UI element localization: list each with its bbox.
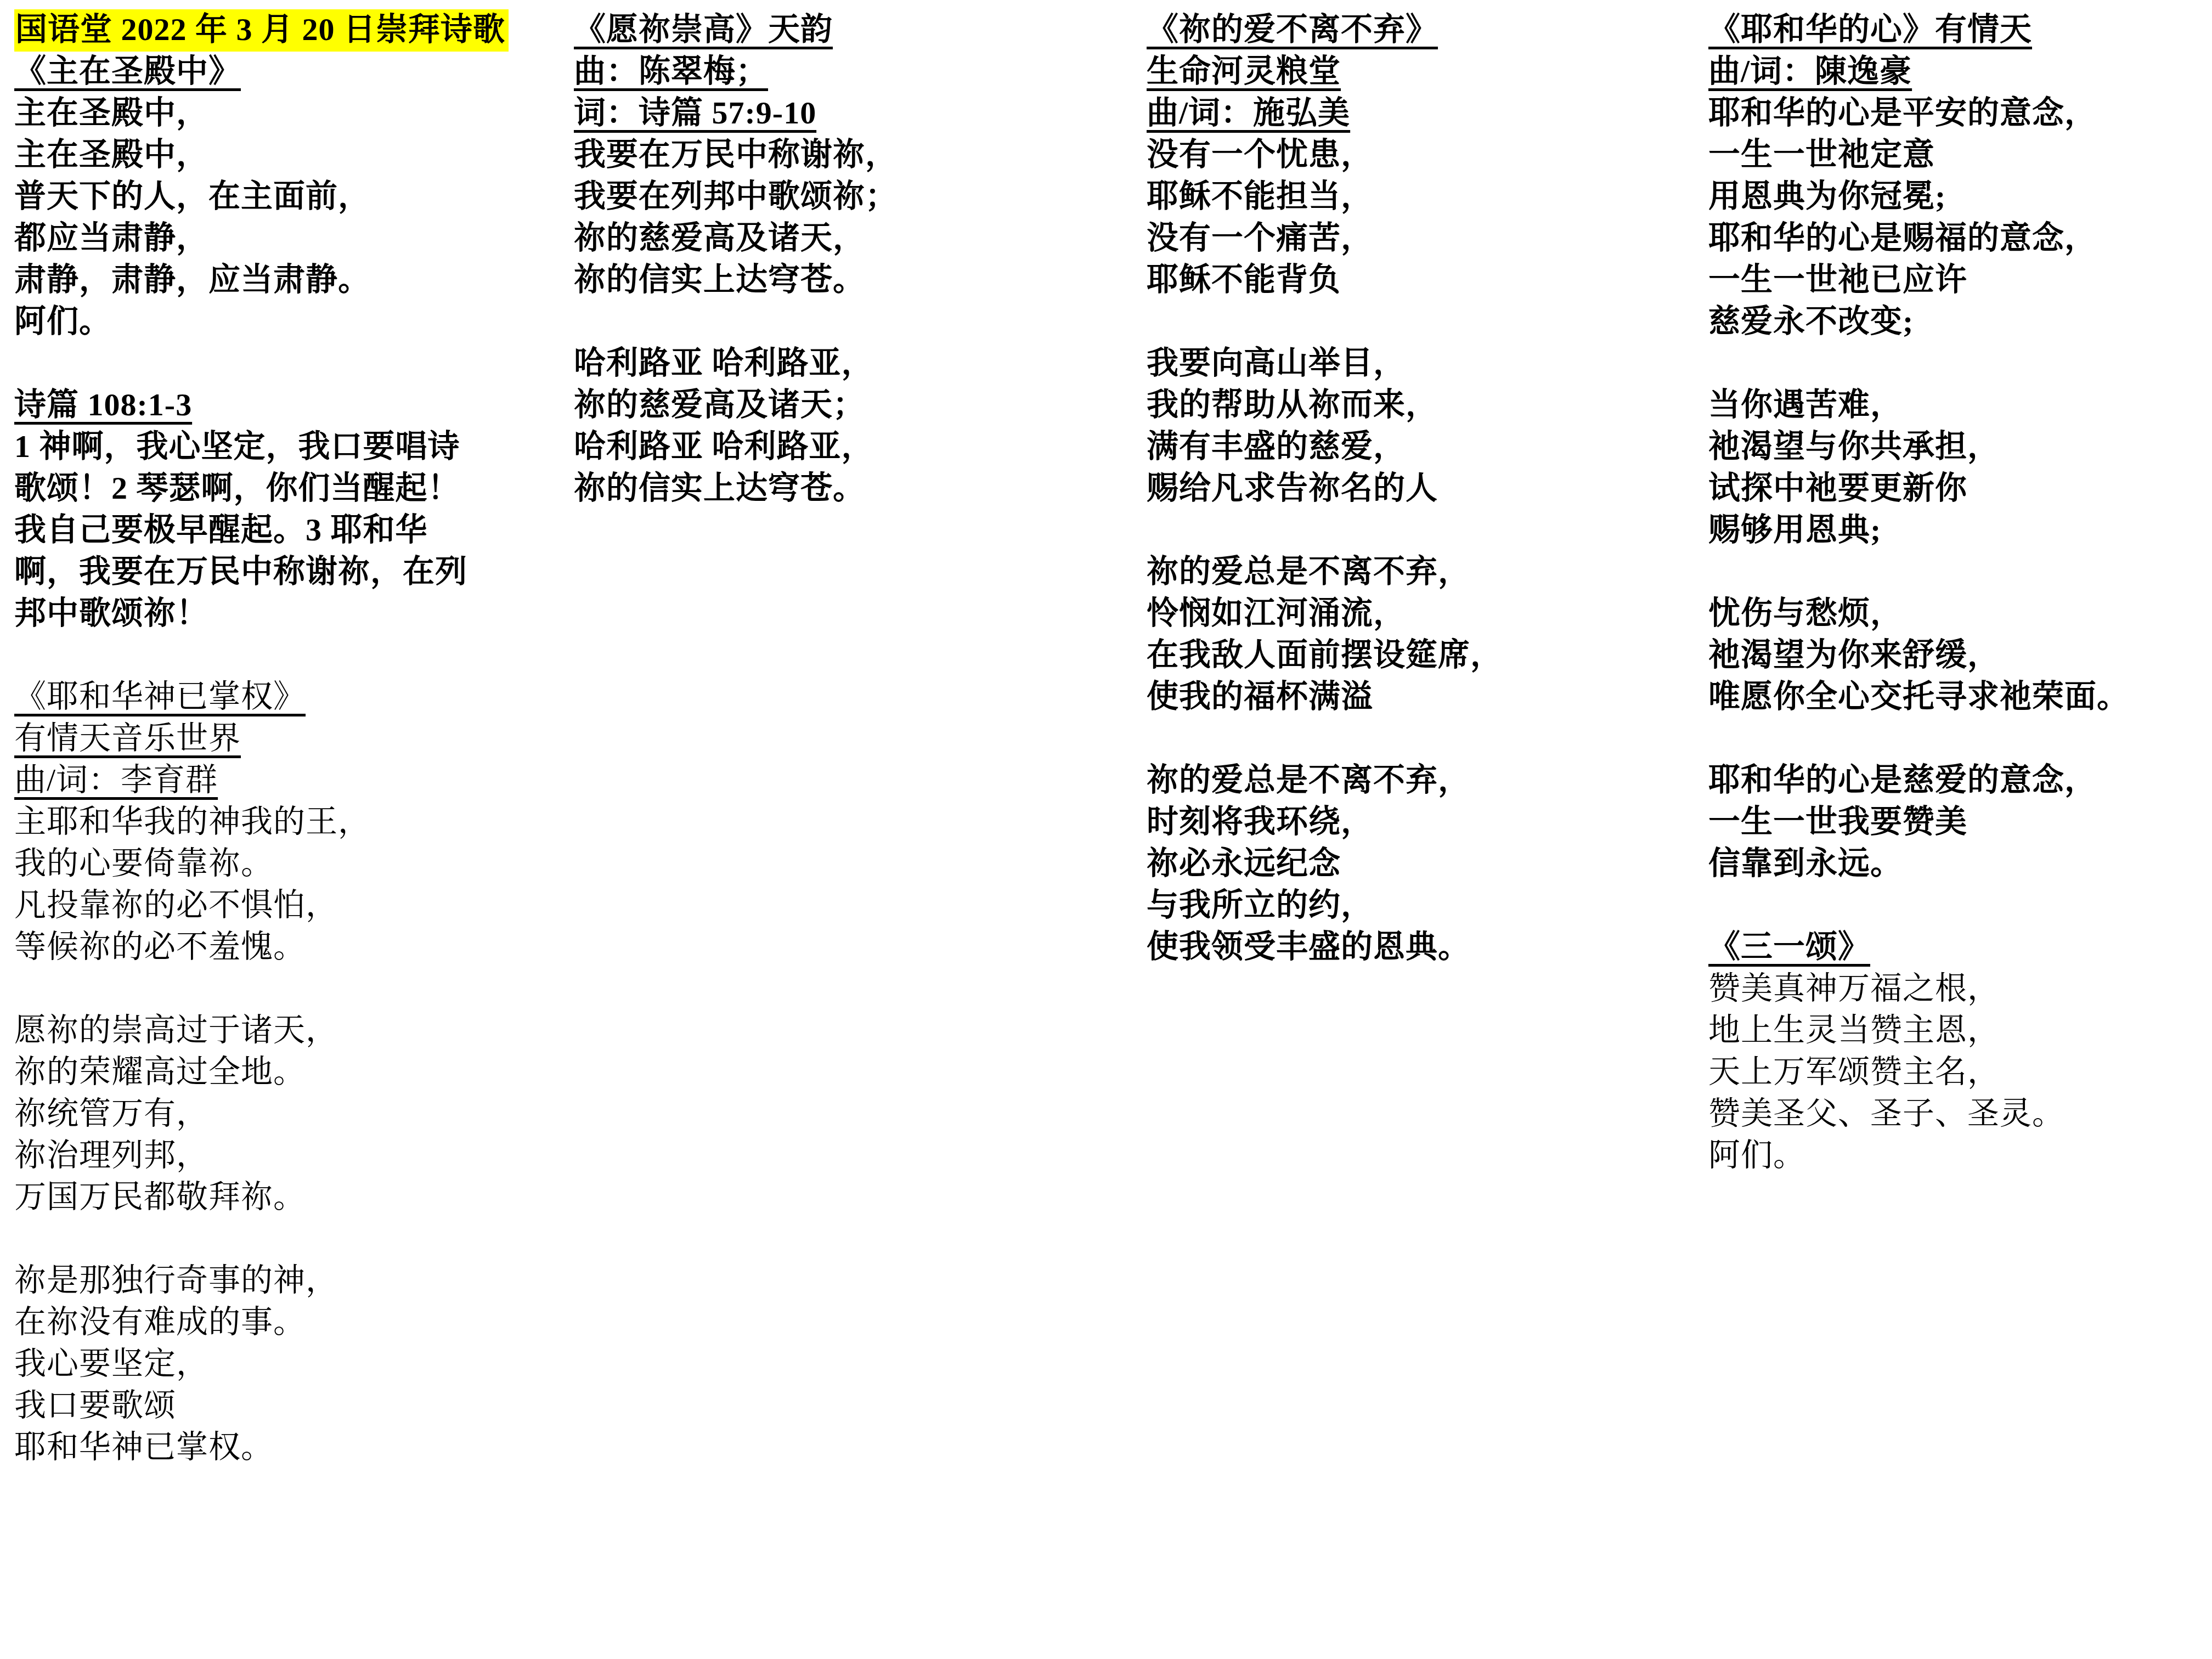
blank-line bbox=[14, 968, 560, 1009]
lyric-line: 万国万民都敬拜祢。 bbox=[14, 1176, 560, 1218]
lyric-line: 时刻将我环绕， bbox=[1147, 801, 1695, 843]
lyric-line: 满有丰盛的慈爱， bbox=[1147, 426, 1695, 467]
song-header: 曲/词：李育群 bbox=[14, 759, 560, 801]
lyric-line: 耶和华神已掌权。 bbox=[14, 1426, 560, 1468]
lyric-line: 赞美真神万福之根， bbox=[1708, 968, 2210, 1009]
lyric-line: 阿们。 bbox=[14, 301, 560, 342]
lyric-line: 普天下的人，在主面前， bbox=[14, 176, 560, 217]
lyric-line: 试探中祂要更新你 bbox=[1708, 467, 2210, 509]
song-header: 《祢的爱不离不弃》 bbox=[1147, 9, 1695, 50]
lyric-line: 祢的慈爱高及诸天； bbox=[574, 384, 1128, 426]
song-header: 《主在圣殿中》 bbox=[14, 50, 560, 92]
lyric-line: 哈利路亚 哈利路亚， bbox=[574, 426, 1128, 467]
lyric-line: 等候祢的必不羞愧。 bbox=[14, 926, 560, 968]
lyric-line: 赞美圣父、圣子、圣灵。 bbox=[1708, 1093, 2210, 1135]
song-header: 曲/词：陳逸豪 bbox=[1708, 50, 2210, 92]
lyric-line: 我心要坚定， bbox=[14, 1343, 560, 1385]
lyric-line: 我要在万民中称谢祢， bbox=[574, 134, 1128, 176]
lyric-line: 使我领受丰盛的恩典。 bbox=[1147, 926, 1695, 968]
lyric-line: 我的帮助从祢而来， bbox=[1147, 384, 1695, 426]
page-title: 国语堂 2022 年 3 月 20 日崇拜诗歌 bbox=[14, 9, 560, 50]
blank-line bbox=[574, 301, 1128, 342]
lyric-line: 没有一个痛苦， bbox=[1147, 217, 1695, 259]
lyric-line: 耶稣不能背负 bbox=[1147, 259, 1695, 301]
lyric-line: 祢的信实上达穹苍。 bbox=[574, 259, 1128, 301]
lyric-line: 祂渴望与你共承担， bbox=[1708, 426, 2210, 467]
lyric-line: 一生一世我要赞美 bbox=[1708, 801, 2210, 843]
lyric-line: 祢的信实上达穹苍。 bbox=[574, 467, 1128, 509]
song-header: 《愿祢崇高》天韵 bbox=[574, 9, 1128, 50]
lyric-line: 在我敌人面前摆设筵席， bbox=[1147, 634, 1695, 676]
lyric-line: 用恩典为你冠冕; bbox=[1708, 176, 2210, 217]
lyric-line: 祂渴望为你来舒缓， bbox=[1708, 634, 2210, 676]
lyrics-column-4: 《耶和华的心》有情天曲/词：陳逸豪耶和华的心是平安的意念，一生一世祂定意用恩典为… bbox=[1708, 9, 2210, 1176]
lyric-line: 祢的荣耀高过全地。 bbox=[14, 1051, 560, 1093]
blank-line bbox=[1708, 551, 2210, 592]
lyric-line: 与我所立的约， bbox=[1147, 884, 1695, 926]
blank-line bbox=[1147, 718, 1695, 759]
lyric-line: 一生一世祂已应许 bbox=[1708, 259, 2210, 301]
lyric-line: 祢治理列邦， bbox=[14, 1135, 560, 1176]
blank-line bbox=[1708, 884, 2210, 926]
lyric-line: 祢的爱总是不离不弃， bbox=[1147, 551, 1695, 592]
lyric-line: 在祢没有难成的事。 bbox=[14, 1301, 560, 1343]
lyric-line: 愿祢的崇高过于诸天， bbox=[14, 1009, 560, 1051]
lyrics-column-3: 《祢的爱不离不弃》生命河灵粮堂曲/词：施弘美没有一个忧患，耶稣不能担当，没有一个… bbox=[1147, 9, 1695, 968]
song-header: 《耶和华的心》有情天 bbox=[1708, 9, 2210, 50]
lyric-line: 信靠到永远。 bbox=[1708, 843, 2210, 884]
lyrics-sheet-page: 国语堂 2022 年 3 月 20 日崇拜诗歌《主在圣殿中》主在圣殿中，主在圣殿… bbox=[0, 0, 2212, 1659]
lyric-line: 我自己要极早醒起。3 耶和华 bbox=[14, 509, 560, 551]
lyric-line: 祢是那独行奇事的神， bbox=[14, 1260, 560, 1301]
lyric-line: 祢的爱总是不离不弃， bbox=[1147, 759, 1695, 801]
lyric-line: 1 神啊，我心坚定，我口要唱诗 bbox=[14, 426, 560, 467]
lyric-line: 慈爱永不改变; bbox=[1708, 301, 2210, 342]
lyric-line: 唯愿你全心交托寻求祂荣面。 bbox=[1708, 676, 2210, 718]
lyric-line: 都应当肃静， bbox=[14, 217, 560, 259]
lyric-line: 我要在列邦中歌颂祢； bbox=[574, 176, 1128, 217]
lyric-line: 我要向高山举目， bbox=[1147, 342, 1695, 384]
lyric-line: 祢的慈爱高及诸天， bbox=[574, 217, 1128, 259]
lyric-line: 耶和华的心是慈爱的意念， bbox=[1708, 759, 2210, 801]
lyric-line: 主在圣殿中， bbox=[14, 92, 560, 134]
lyric-line: 耶和华的心是赐福的意念， bbox=[1708, 217, 2210, 259]
lyric-line: 使我的福杯满溢 bbox=[1147, 676, 1695, 718]
lyric-line: 地上生灵当赞主恩， bbox=[1708, 1009, 2210, 1051]
lyric-line: 我的心要倚靠祢。 bbox=[14, 843, 560, 884]
song-header: 词：诗篇 57:9-10 bbox=[574, 92, 1128, 134]
lyric-line: 耶和华的心是平安的意念， bbox=[1708, 92, 2210, 134]
lyric-line: 凡投靠祢的必不惧怕， bbox=[14, 884, 560, 926]
lyric-line: 怜悯如江河涌流， bbox=[1147, 592, 1695, 634]
lyrics-column-2: 《愿祢崇高》天韵曲：陈翠梅；词：诗篇 57:9-10我要在万民中称谢祢，我要在列… bbox=[574, 9, 1128, 509]
blank-line bbox=[1147, 509, 1695, 551]
lyric-line: 没有一个忧患， bbox=[1147, 134, 1695, 176]
lyric-line: 忧伤与愁烦， bbox=[1708, 592, 2210, 634]
song-header: 曲/词：施弘美 bbox=[1147, 92, 1695, 134]
lyric-line: 耶稣不能担当， bbox=[1147, 176, 1695, 217]
lyric-line: 肃静，肃静，应当肃静。 bbox=[14, 259, 560, 301]
song-header: 《三一颂》 bbox=[1708, 926, 2210, 968]
lyric-line: 主在圣殿中， bbox=[14, 134, 560, 176]
song-header: 诗篇 108:1-3 bbox=[14, 384, 560, 426]
lyric-line: 赐够用恩典; bbox=[1708, 509, 2210, 551]
lyric-line: 祢必永远纪念 bbox=[1147, 843, 1695, 884]
song-header: 《耶和华神已掌权》 bbox=[14, 676, 560, 718]
blank-line bbox=[14, 1218, 560, 1260]
lyric-line: 当你遇苦难， bbox=[1708, 384, 2210, 426]
blank-line bbox=[14, 342, 560, 384]
lyric-line: 啊，我要在万民中称谢祢，在列 bbox=[14, 551, 560, 592]
lyric-line: 天上万军颂赞主名， bbox=[1708, 1051, 2210, 1093]
lyric-line: 哈利路亚 哈利路亚， bbox=[574, 342, 1128, 384]
blank-line bbox=[1147, 301, 1695, 342]
blank-line bbox=[14, 634, 560, 676]
lyric-line: 赐给凡求告祢名的人 bbox=[1147, 467, 1695, 509]
lyric-line: 一生一世祂定意 bbox=[1708, 134, 2210, 176]
song-header: 生命河灵粮堂 bbox=[1147, 50, 1695, 92]
blank-line bbox=[1708, 718, 2210, 759]
lyric-line: 歌颂！2 琴瑟啊，你们当醒起！ bbox=[14, 467, 560, 509]
lyric-line: 阿们。 bbox=[1708, 1135, 2210, 1176]
lyric-line: 主耶和华我的神我的王， bbox=[14, 801, 560, 843]
song-header: 曲：陈翠梅； bbox=[574, 50, 1128, 92]
lyric-line: 邦中歌颂祢！ bbox=[14, 592, 560, 634]
lyric-line: 祢统管万有， bbox=[14, 1093, 560, 1135]
lyrics-column-1: 国语堂 2022 年 3 月 20 日崇拜诗歌《主在圣殿中》主在圣殿中，主在圣殿… bbox=[14, 9, 560, 1468]
song-header: 有情天音乐世界 bbox=[14, 718, 560, 759]
lyric-line: 我口要歌颂 bbox=[14, 1385, 560, 1426]
blank-line bbox=[1708, 342, 2210, 384]
